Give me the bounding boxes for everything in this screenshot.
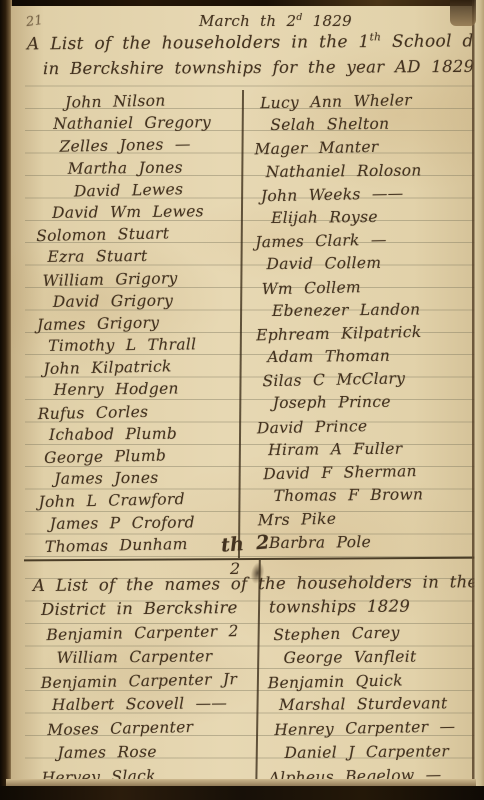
householder-name: Henrey Carpenter — xyxy=(274,715,484,743)
householder-name: Ezra Stuart xyxy=(47,244,238,268)
householder-name: Nathaniel Roloson xyxy=(266,158,483,183)
householder-name: William Grigory xyxy=(42,265,238,291)
page-edge-right xyxy=(472,0,484,800)
date-pre: March th 2 xyxy=(199,12,296,30)
section2-right-column: Stephen CareyGeorge VanfleitBenjamin Qui… xyxy=(263,621,484,790)
householder-name: Benjamin Carpenter 2 xyxy=(46,620,248,648)
householder-name: Hiram A Fuller xyxy=(268,437,484,462)
title1-pre: A List of the householders in the 1 xyxy=(27,32,370,54)
householder-name: Thomas Dunham xyxy=(45,532,241,558)
householder-name: Mrs Pike xyxy=(258,505,484,533)
householder-name: John L Crawford xyxy=(38,487,240,513)
householder-name: James Rose xyxy=(57,740,249,766)
householder-name: Ichabod Plumb xyxy=(49,422,240,446)
householder-name: William Carpenter xyxy=(56,645,248,671)
householder-name: Stephen Carey xyxy=(273,620,484,648)
householder-name: David Prince xyxy=(257,412,484,440)
divider-mark-top: th 2 xyxy=(220,531,270,556)
householder-name: Mager Manter xyxy=(254,134,482,162)
householder-name: Joseph Prince xyxy=(273,390,484,415)
householder-name: John Nilson xyxy=(65,88,237,114)
section2-title-line2-left: District in Berckshire xyxy=(41,598,238,619)
householder-name: David Collem xyxy=(266,251,483,276)
householder-name: John Weeks —— xyxy=(261,180,483,208)
householder-name: Martha Jones xyxy=(68,156,238,180)
householder-name: David Lewes xyxy=(74,177,238,203)
householder-name: Barbra Pole xyxy=(269,529,484,554)
page-number: 21 xyxy=(25,13,44,30)
book-binding-bottom xyxy=(0,786,484,800)
householder-name: David Grigory xyxy=(53,289,239,313)
householder-name: Henry Hodgen xyxy=(53,377,239,401)
householder-name: Ebenezer Landon xyxy=(272,297,484,322)
title1-superscript: th xyxy=(370,31,382,43)
householder-name: James Grigory xyxy=(37,310,239,336)
section1-right-column: Lucy Ann WhelerSelah SheltonMager Manter… xyxy=(250,89,484,555)
householder-name: David Wm Lewes xyxy=(52,200,238,224)
householder-name: Rufus Corles xyxy=(38,398,240,424)
householder-name: Daniel J Carpenter xyxy=(284,740,484,766)
householder-name: Wm Collem xyxy=(261,273,483,301)
section1-title-line2: in Berckshire townships for the year AD … xyxy=(43,57,475,78)
date-post: 1829 xyxy=(303,12,352,30)
householder-name: George Vanfleit xyxy=(283,645,484,671)
householder-name: Halbert Scovell —— xyxy=(52,692,249,718)
section1-left-column: John NilsonNathaniel GregoryZelles Jones… xyxy=(31,89,241,557)
section2-column-divider xyxy=(255,560,260,792)
householder-name: Moses Carpenter xyxy=(47,715,249,743)
date-heading: March th 2d 1829 xyxy=(199,12,352,30)
section2-left-column: Benjamin Carpenter 2William CarpenterBen… xyxy=(36,621,249,789)
ledger-page: 21 March th 2d 1829 A List of the househ… xyxy=(11,6,484,781)
section2-title-line2-right: townships 1829 xyxy=(269,597,410,617)
title1-post: School district xyxy=(381,31,484,52)
householder-name: James P Croford xyxy=(50,510,241,534)
householder-name: Zelles Jones — xyxy=(59,132,237,158)
section-divider-line xyxy=(24,557,484,562)
book-corner-top-right xyxy=(450,0,476,26)
householder-name: Marshal Sturdevant xyxy=(279,692,484,718)
section1-title-line1: A List of the householders in the 1th Sc… xyxy=(27,30,484,54)
